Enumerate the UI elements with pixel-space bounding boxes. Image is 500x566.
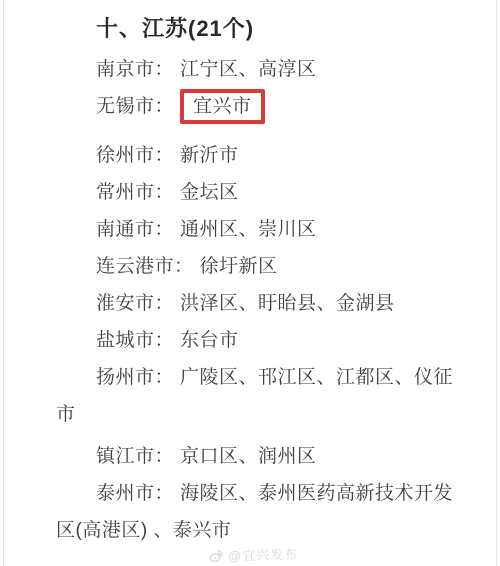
watermark: @宜兴发布 (209, 544, 299, 565)
list-entry: 常州市：金坛区 (56, 174, 476, 211)
city-label: 盐城市： (96, 330, 174, 351)
weibo-icon (209, 548, 224, 563)
list-entry-highlighted: 无锡市：宜兴市 (56, 88, 476, 125)
list-entry: 淮安市：洪泽区、盱眙县、金湖县 (56, 285, 476, 322)
list-entry: 盐城市：东台市 (56, 322, 476, 359)
city-label: 淮安市： (96, 293, 174, 314)
district-list-wrapped-line: 区(高港区) 、泰兴市 (56, 520, 231, 541)
watermark-text: @宜兴发布 (228, 544, 299, 565)
district-list: 徐圩新区 (200, 256, 278, 277)
city-label: 常州市： (96, 182, 174, 203)
district-list: 江宁区、高淳区 (180, 59, 317, 80)
city-label: 南京市： (96, 59, 174, 80)
list-entry: 泰州市：海陵区、泰州医药高新技术开发 区(高港区) 、泰兴市 (56, 475, 476, 549)
list-entry: 扬州市：广陵区、邗江区、江都区、仪征 市 (56, 359, 476, 433)
district-list: 海陵区、泰州医药高新技术开发 (180, 483, 453, 504)
city-label: 南通市： (96, 219, 174, 240)
section-title: 十、江苏(21个) (96, 14, 476, 44)
list-entry: 徐州市：新沂市 (56, 137, 476, 174)
highlight-box: 宜兴市 (180, 89, 265, 124)
city-label: 连云港市： (96, 256, 194, 277)
district-list: 通州区、崇川区 (180, 219, 317, 240)
district-list: 金坛区 (180, 182, 239, 203)
list-entry: 镇江市：京口区、润州区 (56, 438, 476, 475)
list-entry: 南通市：通州区、崇川区 (56, 211, 476, 248)
district-list: 新沂市 (180, 145, 239, 166)
city-label: 徐州市： (96, 145, 174, 166)
district-list: 洪泽区、盱眙县、金湖县 (180, 293, 395, 314)
district-list: 京口区、润州区 (180, 446, 317, 467)
district-list: 广陵区、邗江区、江都区、仪征 (180, 367, 453, 388)
city-label: 镇江市： (96, 446, 174, 467)
city-label: 无锡市： (96, 96, 174, 117)
district-list: 东台市 (180, 330, 239, 351)
district-list-wrapped-line: 市 (56, 404, 76, 425)
list-entry: 连云港市：徐圩新区 (56, 248, 476, 285)
city-label: 泰州市： (96, 483, 174, 504)
list-entry: 南京市：江宁区、高淳区 (56, 51, 476, 88)
document-page: 十、江苏(21个) 南京市：江宁区、高淳区 无锡市：宜兴市 徐州市：新沂市 常州… (3, 0, 497, 566)
city-label: 扬州市： (96, 367, 174, 388)
